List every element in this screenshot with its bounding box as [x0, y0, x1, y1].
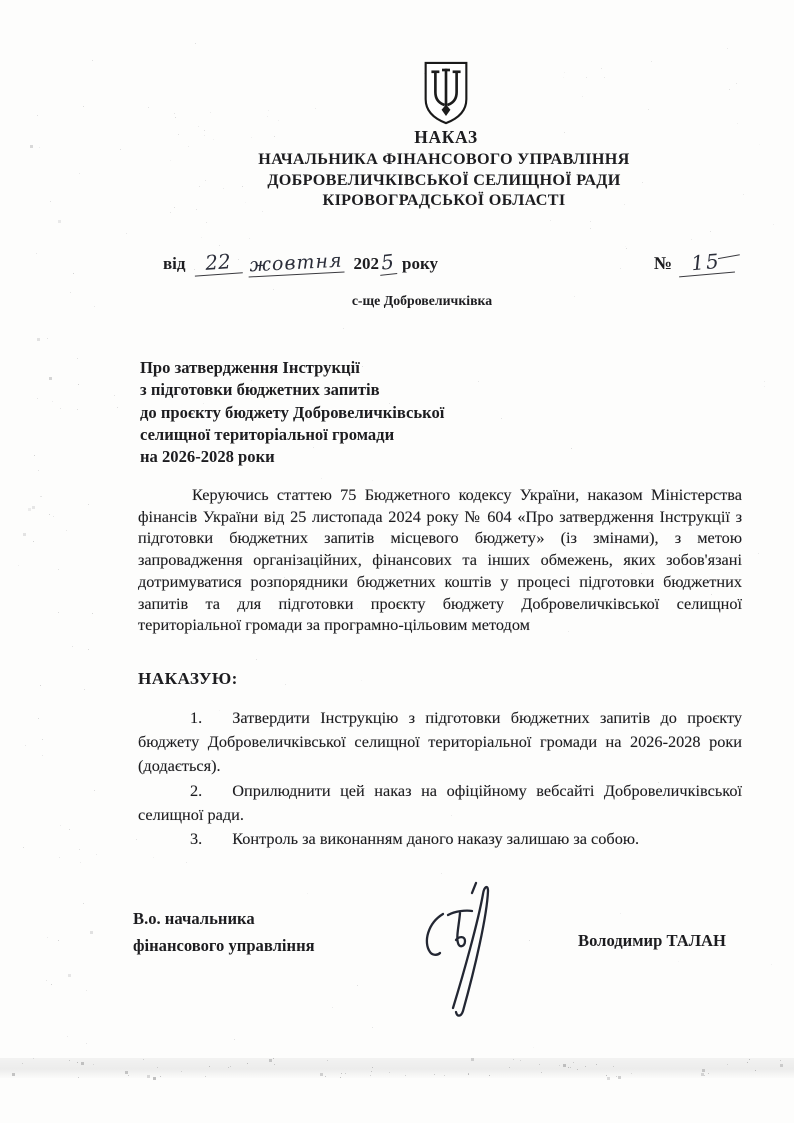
item-text: Оприлюднити цей наказ на офіційному вебс… — [138, 781, 742, 824]
date-prefix-label: від — [163, 254, 186, 274]
order-item-3: 3.Контроль за виконанням даного наказу з… — [138, 827, 742, 851]
year-printed: 202 — [354, 254, 380, 274]
order-items-list: 1.Затвердити Інструкцію з підготовки бюд… — [138, 706, 742, 851]
emblem-container — [49, 60, 794, 126]
signatory-position: В.о. начальника фінансового управління — [133, 905, 315, 959]
item-text: Затвердити Інструкцію з підготовки бюдже… — [138, 708, 742, 775]
item-text: Контроль за виконанням даного наказу зал… — [232, 829, 639, 848]
position-line-1: В.о. начальника — [133, 905, 315, 932]
subject-line-2: з підготовки бюджетних запитів — [140, 379, 444, 401]
settlement-name: с-ще Добровеличківка — [25, 293, 794, 309]
signatory-name: Володимир ТАЛАН — [578, 931, 726, 951]
handwritten-signature — [413, 880, 513, 1020]
date-group: від 22 жовтня 202 5 року — [163, 250, 438, 275]
authority-line-3: КІРОВОГРАДСЬКОЇ ОБЛАСТІ — [47, 190, 794, 211]
number-sign: № — [654, 253, 672, 274]
subject-line-5: на 2026-2028 роки — [140, 446, 444, 468]
scan-noise — [0, 0, 1, 1]
order-heading: НАКАЗУЮ: — [138, 669, 238, 689]
order-number-group: № 15 — [654, 250, 742, 275]
position-line-2: фінансового управління — [133, 932, 315, 959]
document-title: НАКАЗ — [49, 127, 794, 148]
ukraine-trident-icon — [423, 60, 469, 126]
handwritten-day: 22 — [193, 248, 243, 276]
order-item-2: 2.Оприлюднити цей наказ на офіційному ве… — [138, 779, 742, 827]
scanned-order-page: НАКАЗ НАЧАЛЬНИКА ФІНАНСОВОГО УПРАВЛІННЯ … — [0, 0, 794, 1123]
subject-line-3: до проєкту бюджету Добровеличківської — [140, 402, 444, 424]
issuing-authority: НАЧАЛЬНИКА ФІНАНСОВОГО УПРАВЛІННЯ ДОБРОВ… — [47, 149, 794, 211]
subject-line-4: селищної територіальної громади — [140, 424, 444, 446]
authority-line-1: НАЧАЛЬНИКА ФІНАНСОВОГО УПРАВЛІННЯ — [47, 149, 794, 170]
handwritten-year-digit: 5 — [378, 249, 398, 276]
handwritten-month: жовтня — [247, 250, 344, 278]
order-item-1: 1.Затвердити Інструкцію з підготовки бюд… — [138, 706, 742, 779]
item-number: 3. — [190, 829, 202, 848]
order-subject: Про затвердження Інструкції з підготовки… — [140, 357, 444, 468]
item-number: 2. — [190, 781, 202, 800]
preamble-paragraph: Керуючись статтею 75 Бюджетного кодексу … — [138, 484, 742, 636]
date-and-number-row: від 22 жовтня 202 5 року № 15 — [138, 250, 742, 275]
authority-line-2: ДОБРОВЕЛИЧКІВСЬКОЇ СЕЛИЩНОЇ РАДИ — [47, 170, 794, 191]
scan-artifact-band — [0, 1058, 794, 1078]
year-suffix-label: року — [402, 254, 438, 274]
handwritten-order-number: 15 — [677, 248, 735, 278]
subject-line-1: Про затвердження Інструкції — [140, 357, 444, 379]
item-number: 1. — [190, 708, 202, 727]
